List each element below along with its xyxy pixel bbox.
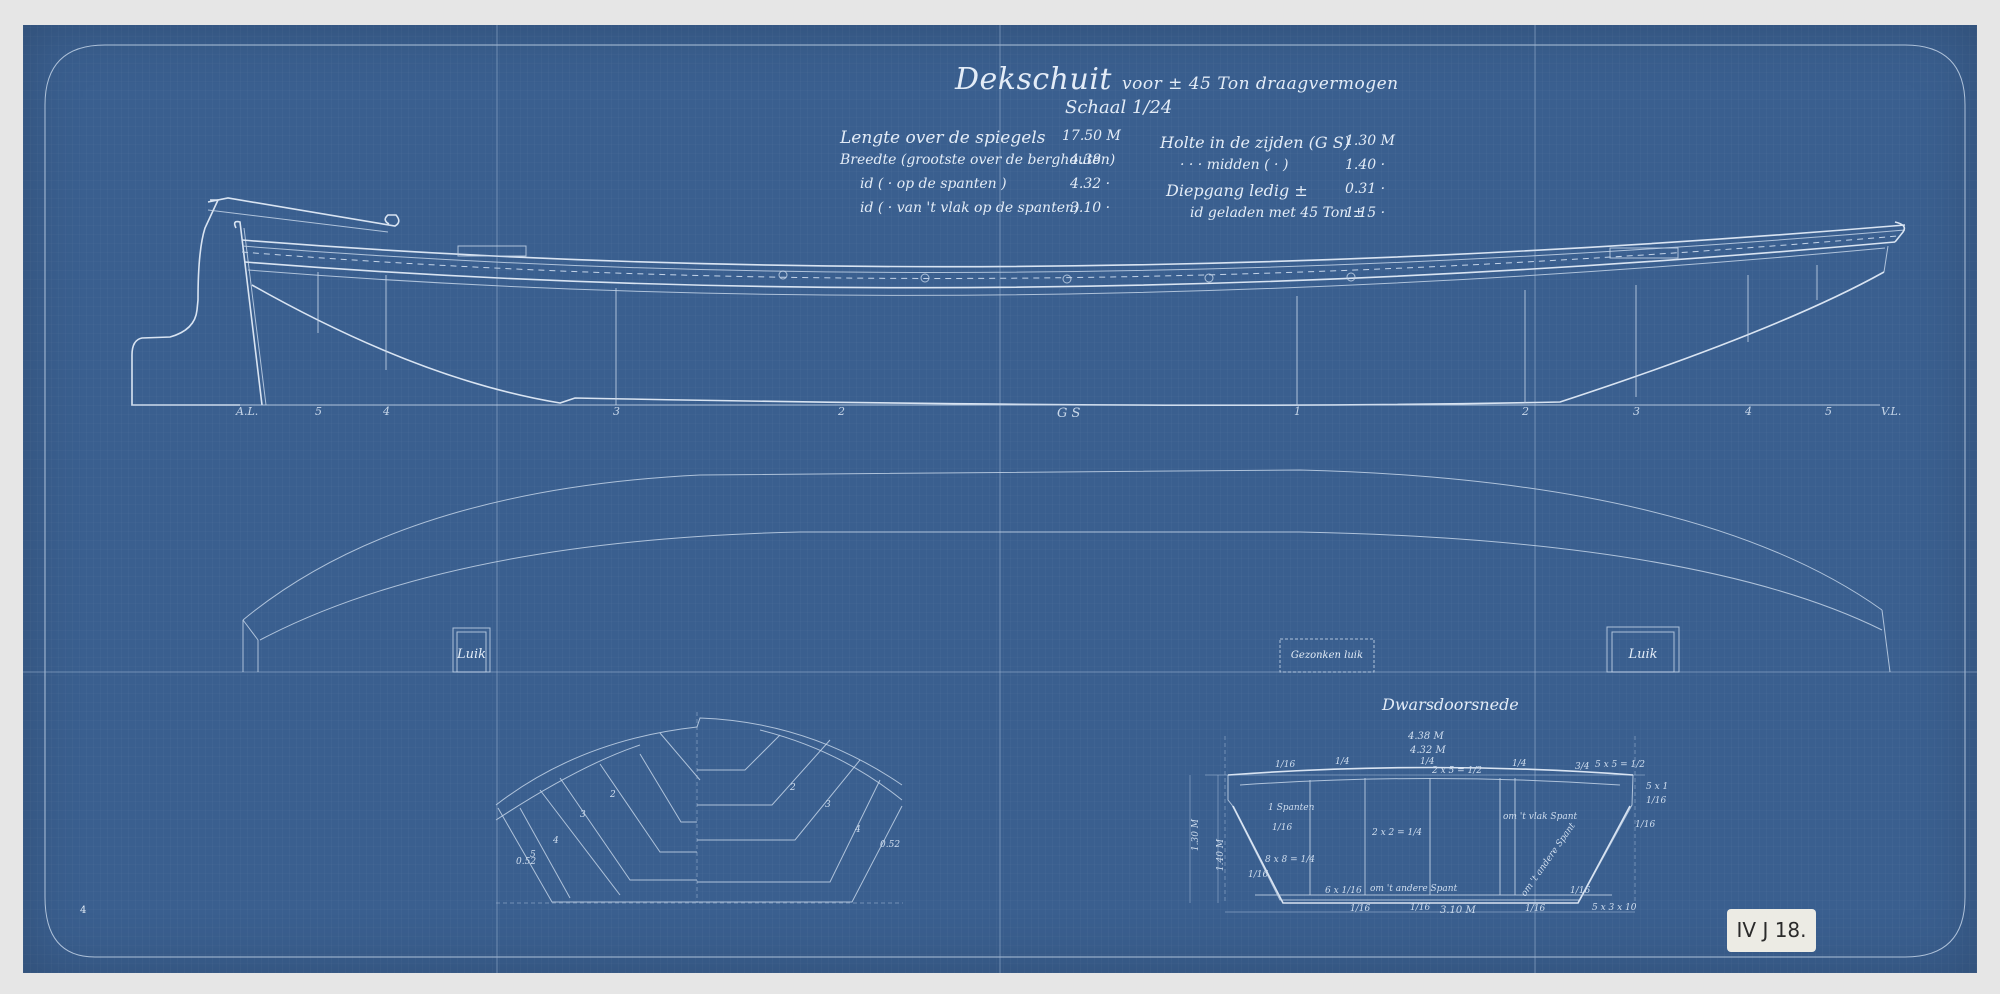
floor-annotation: 6 x 1/16 <box>1325 886 1362 896</box>
station-label: 2 <box>1522 405 1529 418</box>
body-plan-station: 2 <box>790 783 796 793</box>
station-label: 1 <box>1294 405 1301 418</box>
catalog-label: IV J 18. <box>1727 909 1816 952</box>
station-label: 3 <box>613 405 620 418</box>
body-plan <box>496 712 903 903</box>
spec-label: Lengte over de spiegels <box>840 128 1045 148</box>
specs-left: Lengte over de spiegels 17.50 M Breedte … <box>840 128 1140 228</box>
bottom-width: 3.10 M <box>1440 905 1476 916</box>
right-side-annotation: 1/16 <box>1646 796 1666 806</box>
body-plan-mark-left: 0.52 <box>516 857 536 867</box>
specs-right: Holte in de zijden (G S) 1.30 M · · · mi… <box>1160 133 1430 233</box>
hatch-label-sunken: Gezonken luik <box>1280 650 1374 661</box>
spec-value: 0.31 · <box>1345 181 1385 197</box>
body-plan-station: 2 <box>610 790 616 800</box>
spec-label: Holte in de zijden (G S) <box>1160 133 1350 152</box>
width-top-2: 4.32 M <box>1410 745 1446 756</box>
pillar-annotation: 2 x 2 = 1/4 <box>1372 828 1422 838</box>
body-plan-station: 3 <box>825 800 831 810</box>
spec-value: 4.32 · <box>1070 176 1110 192</box>
station-label: 4 <box>1745 405 1752 418</box>
station-label: V.L. <box>1881 405 1901 418</box>
body-plan-station: 3 <box>580 810 586 820</box>
bottom-mark: 1/16 <box>1410 903 1430 913</box>
station-label: 5 <box>1825 405 1832 418</box>
corner-mark: 4 <box>80 905 86 916</box>
station-label: 4 <box>383 405 390 418</box>
hatch-label-fore: Luik <box>1612 647 1674 662</box>
spec-value: 17.50 M <box>1062 128 1121 144</box>
drawing-scale: Schaal 1/24 <box>1065 97 1172 118</box>
deck-mark: 1/4 <box>1420 757 1434 767</box>
right-bottom-annotation: 5 x 3 x 10 <box>1592 903 1637 913</box>
station-label: 5 <box>315 405 322 418</box>
floor-center-annotation: om 't andere Spant <box>1370 884 1457 894</box>
spec-label: · · · midden ( · ) <box>1180 157 1288 173</box>
body-plan-station: 4 <box>553 836 559 846</box>
hatch-label-aft: Luik <box>455 647 488 662</box>
spec-value: 1.15 · <box>1345 205 1385 221</box>
left-height-2: 1.40 M <box>1216 839 1226 871</box>
right-side-annotation: 5 x 1 <box>1646 782 1668 792</box>
drawing-title: Dekschuit voor ± 45 Ton draagvermogen <box>955 62 1399 97</box>
width-top-1: 4.38 M <box>1408 731 1444 742</box>
spec-value: 1.40 · <box>1345 157 1385 173</box>
bottom-mark: 1/16 <box>1525 904 1545 914</box>
right-knee-annotation: 1/16 <box>1570 886 1590 896</box>
spec-label: id ( · op de spanten ) <box>860 176 1007 192</box>
cross-section-title: Dwarsdoorsnede <box>1382 695 1519 714</box>
body-plan-station: 4 <box>855 825 861 835</box>
right-frame-annotation: om 't vlak Spant <box>1503 812 1577 822</box>
spec-value: 4.38 · <box>1070 152 1110 168</box>
title-sub: voor ± 45 Ton draagvermogen <box>1122 74 1399 94</box>
frames-annotation: 1 Spanten <box>1268 803 1314 813</box>
deck-plank-annotation: 2 x 5 = 1/2 <box>1432 766 1482 776</box>
station-label: 3 <box>1633 405 1640 418</box>
spec-value: 1.30 M <box>1345 133 1395 149</box>
spec-label: Diepgang ledig ± <box>1166 181 1308 200</box>
left-height-1: 1.30 M <box>1191 819 1201 851</box>
plate-annotation: 1/16 <box>1248 870 1268 880</box>
right-side-annotation: 1/16 <box>1635 820 1655 830</box>
bottom-mark: 1/16 <box>1350 904 1370 914</box>
right-top-annotation: 5 x 5 = 1/2 <box>1595 760 1645 770</box>
deck-mark: 1/16 <box>1275 760 1295 770</box>
station-label: 2 <box>838 405 845 418</box>
deck-mark: 1/4 <box>1335 757 1349 767</box>
body-plan-mark-right: 0.52 <box>880 840 900 850</box>
profile-view <box>132 198 1905 405</box>
spec-value: 3.10 · <box>1070 200 1110 216</box>
spec-label: id ( · van 't vlak op de spanten) <box>860 200 1079 216</box>
deck-mark: 3/4 <box>1575 762 1589 772</box>
station-label: A.L. <box>236 405 258 418</box>
deck-mark: 1/4 <box>1512 759 1526 769</box>
frame-size-annotation: 1/16 <box>1272 823 1292 833</box>
deck-plan <box>243 470 1890 672</box>
station-label: G S <box>1057 406 1080 421</box>
knee-annotation: 8 x 8 = 1/4 <box>1265 855 1315 865</box>
spec-label: id geladen met 45 Ton ± <box>1190 205 1364 221</box>
title-main: Dekschuit <box>955 62 1112 97</box>
